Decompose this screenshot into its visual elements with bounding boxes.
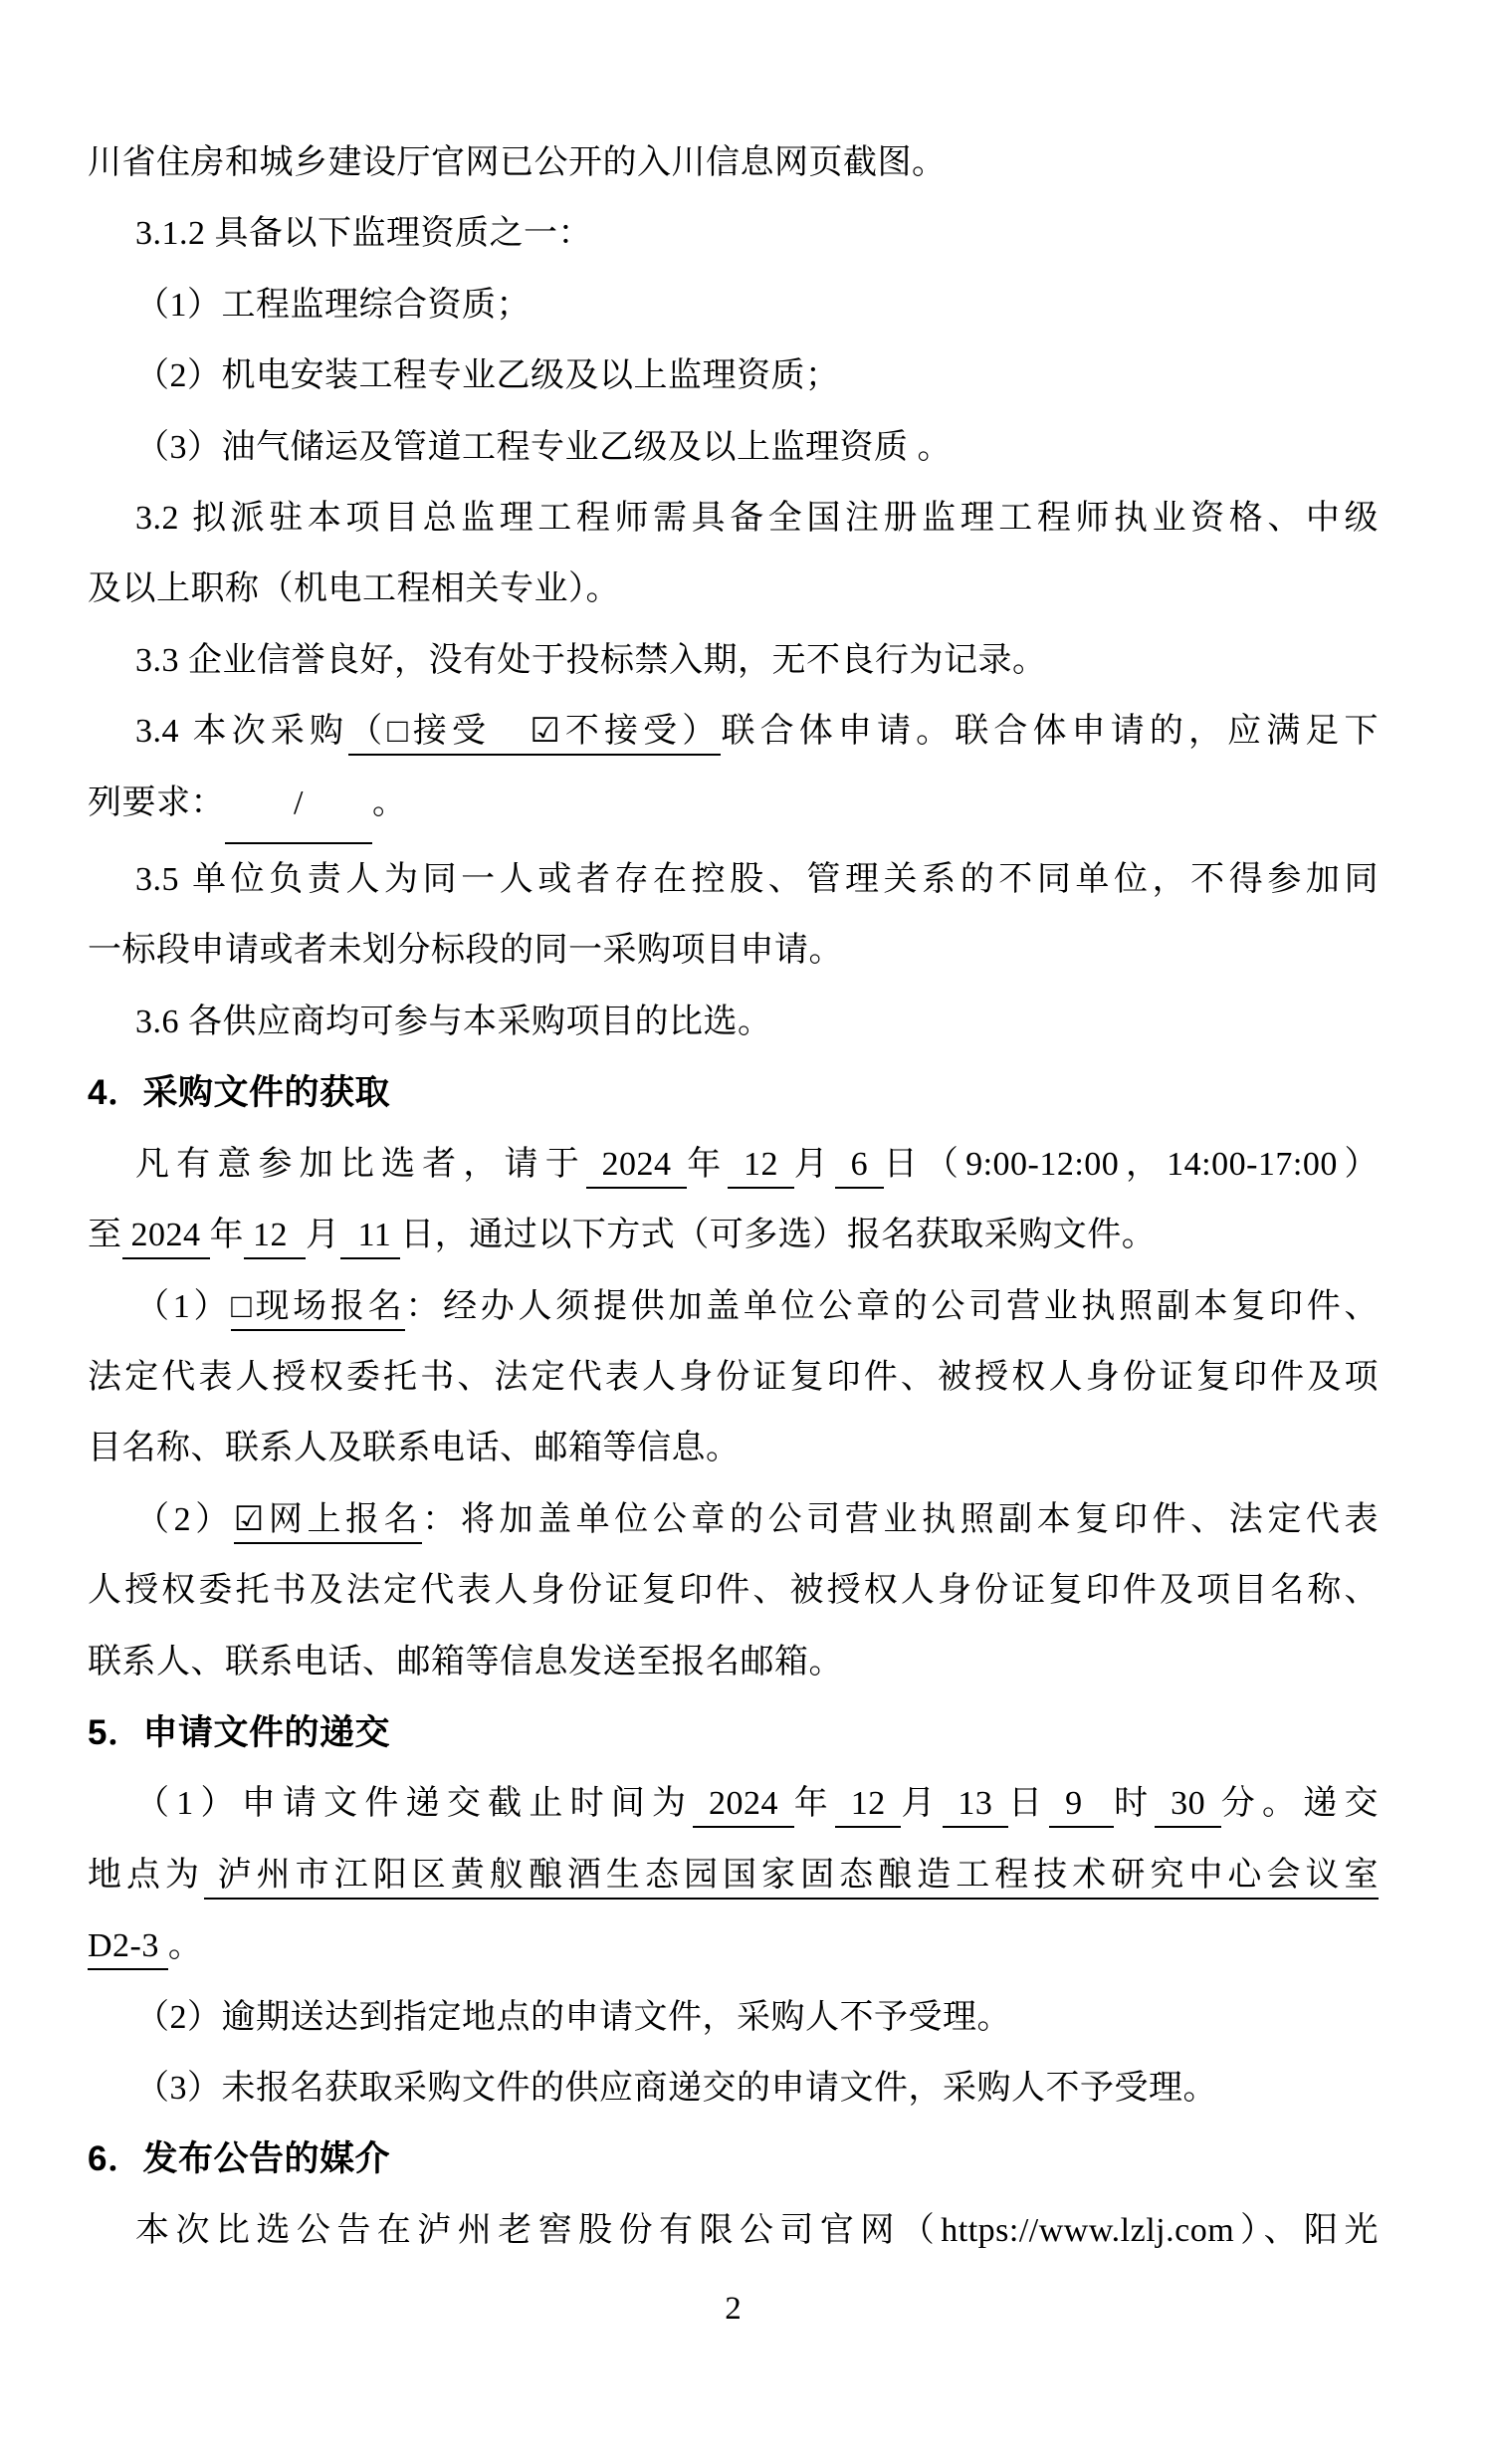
text-segment: 一标段申请或者未划分标段的同一采购项目申请。 — [88, 932, 843, 969]
text-segment: 列要求： — [88, 784, 225, 821]
text-segment: 至 — [88, 1217, 122, 1253]
text-segment: 人授权委托书及法定代表人身份证复印件、被授权人身份证复印件及项目名称、 — [88, 1572, 1379, 1609]
document-body: 川省住房和城乡建设厅官网已公开的入川信息网页截图。3.1.2 具备以下监理资质之… — [88, 127, 1379, 2266]
text-line: （2）机电安装工程专业乙级及以上监理资质； — [88, 340, 1379, 411]
text-segment: 联系人、联系电话、邮箱等信息发送至报名邮箱。 — [88, 1644, 843, 1680]
text-segment: ：将加盖单位公章的公司营业执照副本复印件、法定代表 — [422, 1501, 1379, 1538]
text-line: （2）☑网上报名：将加盖单位公章的公司营业执照副本复印件、法定代表 — [88, 1484, 1379, 1555]
text-segment: 月 — [901, 1785, 942, 1822]
month-field: 12 — [728, 1146, 793, 1189]
text-segment: 月 — [794, 1146, 835, 1183]
document-page: { "page": { "number": "2", "background":… — [0, 0, 1493, 2464]
text-line: 3.3 企业信誉良好，没有处于投标禁入期，无不良行为记录。 — [88, 625, 1379, 696]
day-field: 6 — [835, 1146, 884, 1189]
text-segment: 分。递交 — [1221, 1785, 1379, 1822]
text-segment: 目名称、联系人及联系电话、邮箱等信息。 — [88, 1430, 741, 1466]
online-registration-checkbox-label: ☑网上报名 — [234, 1501, 422, 1544]
section-heading: 4．采购文件的获取 — [88, 1057, 1379, 1128]
text-segment: 3.4 本次采购 — [135, 713, 348, 750]
onsite-registration-checkbox-label: □现场报名 — [231, 1288, 405, 1331]
year-field: 2024 — [122, 1217, 210, 1259]
day-field: 11 — [340, 1217, 401, 1259]
text-line: 联系人、联系电话、邮箱等信息发送至报名邮箱。 — [88, 1627, 1379, 1697]
year-field: 2024 — [586, 1146, 687, 1189]
acceptance-checkbox-field: （□接受 ☑不接受） — [348, 713, 721, 756]
text-segment: （2）逾期送达到指定地点的申请文件，采购人不予受理。 — [135, 1999, 1011, 2036]
text-line: （3）油气储运及管道工程专业乙级及以上监理资质 。 — [88, 412, 1379, 483]
text-segment: （2） — [135, 1501, 234, 1538]
text-line: 3.4 本次采购（□接受 ☑不接受）联合体申请。联合体申请的，应满足下 — [88, 696, 1379, 767]
text-segment: 时 — [1114, 1785, 1155, 1822]
minute-field: 30 — [1155, 1785, 1220, 1828]
text-line: （2）逾期送达到指定地点的申请文件，采购人不予受理。 — [88, 1982, 1379, 2053]
text-segment: （3）油气储运及管道工程专业乙级及以上监理资质 。 — [135, 429, 952, 466]
month-field: 12 — [244, 1217, 306, 1259]
text-line: 本次比选公告在泸州老窖股份有限公司官网（https://www.lzlj.com… — [88, 2195, 1379, 2266]
text-segment: 凡有意参加比选者，请于 — [135, 1146, 586, 1183]
text-segment: 本次比选公告在泸州老窖股份有限公司官网（https://www.lzlj.com… — [135, 2212, 1379, 2249]
text-segment: 川省住房和城乡建设厅官网已公开的入川信息网页截图。 — [88, 144, 947, 181]
text-segment: 5．申请文件的递交 — [88, 1713, 390, 1752]
hour-field: 9 — [1049, 1785, 1114, 1828]
text-line: 地点为 泸州市江阳区黄舣酿酒生态园国家固态酿造工程技术研究中心会议室 — [88, 1840, 1379, 1910]
text-line: （1）工程监理综合资质； — [88, 270, 1379, 340]
text-line: D2-3 。 — [88, 1910, 1379, 1981]
text-segment: 6．发布公告的媒介 — [88, 2139, 390, 2178]
text-segment: 年 — [210, 1217, 245, 1253]
text-line: 凡有意参加比选者，请于 2024 年 12 月 6 日（9:00-12:00，1… — [88, 1129, 1379, 1200]
text-segment: 4．采购文件的获取 — [88, 1073, 390, 1112]
text-line: 3.2 拟派驻本项目总监理工程师需具备全国注册监理工程师执业资格、中级 — [88, 483, 1379, 554]
text-segment: （3）未报名获取采购文件的供应商递交的申请文件，采购人不予受理。 — [135, 2070, 1217, 2107]
text-segment: 联合体申请。联合体申请的，应满足下 — [721, 713, 1379, 750]
page-number: 2 — [88, 2274, 1379, 2345]
submission-address-field: D2-3 — [88, 1927, 168, 1970]
text-segment: 3.1.2 具备以下监理资质之一： — [135, 215, 592, 252]
text-segment: 日 — [1008, 1785, 1049, 1822]
text-segment: 。 — [372, 784, 407, 821]
text-line: （3）未报名获取采购文件的供应商递交的申请文件，采购人不予受理。 — [88, 2053, 1379, 2124]
section-heading: 5．申请文件的递交 — [88, 1697, 1379, 1768]
text-segment: 3.6 各供应商均可参与本采购项目的比选。 — [135, 1004, 772, 1040]
text-line: 人授权委托书及法定代表人身份证复印件、被授权人身份证复印件及项目名称、 — [88, 1555, 1379, 1626]
text-line: 3.1.2 具备以下监理资质之一： — [88, 198, 1379, 269]
submission-address-field: 泸州市江阳区黄舣酿酒生态园国家固态酿造工程技术研究中心会议室 — [204, 1857, 1379, 1900]
text-segment: 年 — [687, 1146, 728, 1183]
text-line: 一标段申请或者未划分标段的同一采购项目申请。 — [88, 915, 1379, 986]
text-segment: 日（9:00-12:00，14:00-17:00） — [884, 1146, 1379, 1183]
text-line: 至 2024 年 12 月 11 日，通过以下方式（可多选）报名获取采购文件。 — [88, 1200, 1379, 1270]
day-field: 13 — [943, 1785, 1008, 1828]
text-segment: 地点为 — [88, 1857, 204, 1894]
text-line: 3.5 单位负责人为同一人或者存在控股、管理关系的不同单位，不得参加同 — [88, 844, 1379, 915]
text-segment: 3.2 拟派驻本项目总监理工程师需具备全国注册监理工程师执业资格、中级 — [135, 500, 1379, 537]
year-field: 2024 — [693, 1785, 793, 1828]
text-segment: 及以上职称（机电工程相关专业）。 — [88, 570, 620, 607]
blank-field: / — [225, 768, 372, 844]
text-segment: 3.5 单位负责人为同一人或者存在控股、管理关系的不同单位，不得参加同 — [135, 861, 1379, 898]
text-segment: （1）工程监理综合资质； — [135, 287, 531, 324]
text-segment: （1）申请文件递交截止时间为 — [135, 1785, 693, 1822]
section-heading: 6．发布公告的媒介 — [88, 2124, 1379, 2194]
text-segment: （1） — [135, 1288, 231, 1325]
text-segment: 。 — [168, 1927, 203, 1964]
text-segment: 法定代表人授权委托书、法定代表人身份证复印件、被授权人身份证复印件及项 — [88, 1359, 1379, 1396]
text-segment: 月 — [306, 1217, 340, 1253]
text-line: 列要求： / 。 — [88, 768, 1379, 844]
text-line: （1）申请文件递交截止时间为 2024 年 12 月 13 日 9 时 30 分… — [88, 1768, 1379, 1839]
text-line: 法定代表人授权委托书、法定代表人身份证复印件、被授权人身份证复印件及项 — [88, 1342, 1379, 1413]
text-segment: 3.3 企业信誉良好，没有处于投标禁入期，无不良行为记录。 — [135, 642, 1047, 679]
text-segment: 日，通过以下方式（可多选）报名获取采购文件。 — [400, 1217, 1156, 1253]
text-line: （1）□现场报名：经办人须提供加盖单位公章的公司营业执照副本复印件、 — [88, 1271, 1379, 1342]
text-line: 目名称、联系人及联系电话、邮箱等信息。 — [88, 1413, 1379, 1483]
text-line: 3.6 各供应商均可参与本采购项目的比选。 — [88, 987, 1379, 1057]
text-segment: 年 — [794, 1785, 835, 1822]
text-segment: （2）机电安装工程专业乙级及以上监理资质； — [135, 357, 840, 394]
text-segment: ：经办人须提供加盖单位公章的公司营业执照副本复印件、 — [405, 1288, 1379, 1325]
month-field: 12 — [835, 1785, 901, 1828]
text-line: 及以上职称（机电工程相关专业）。 — [88, 554, 1379, 624]
text-line: 川省住房和城乡建设厅官网已公开的入川信息网页截图。 — [88, 127, 1379, 198]
